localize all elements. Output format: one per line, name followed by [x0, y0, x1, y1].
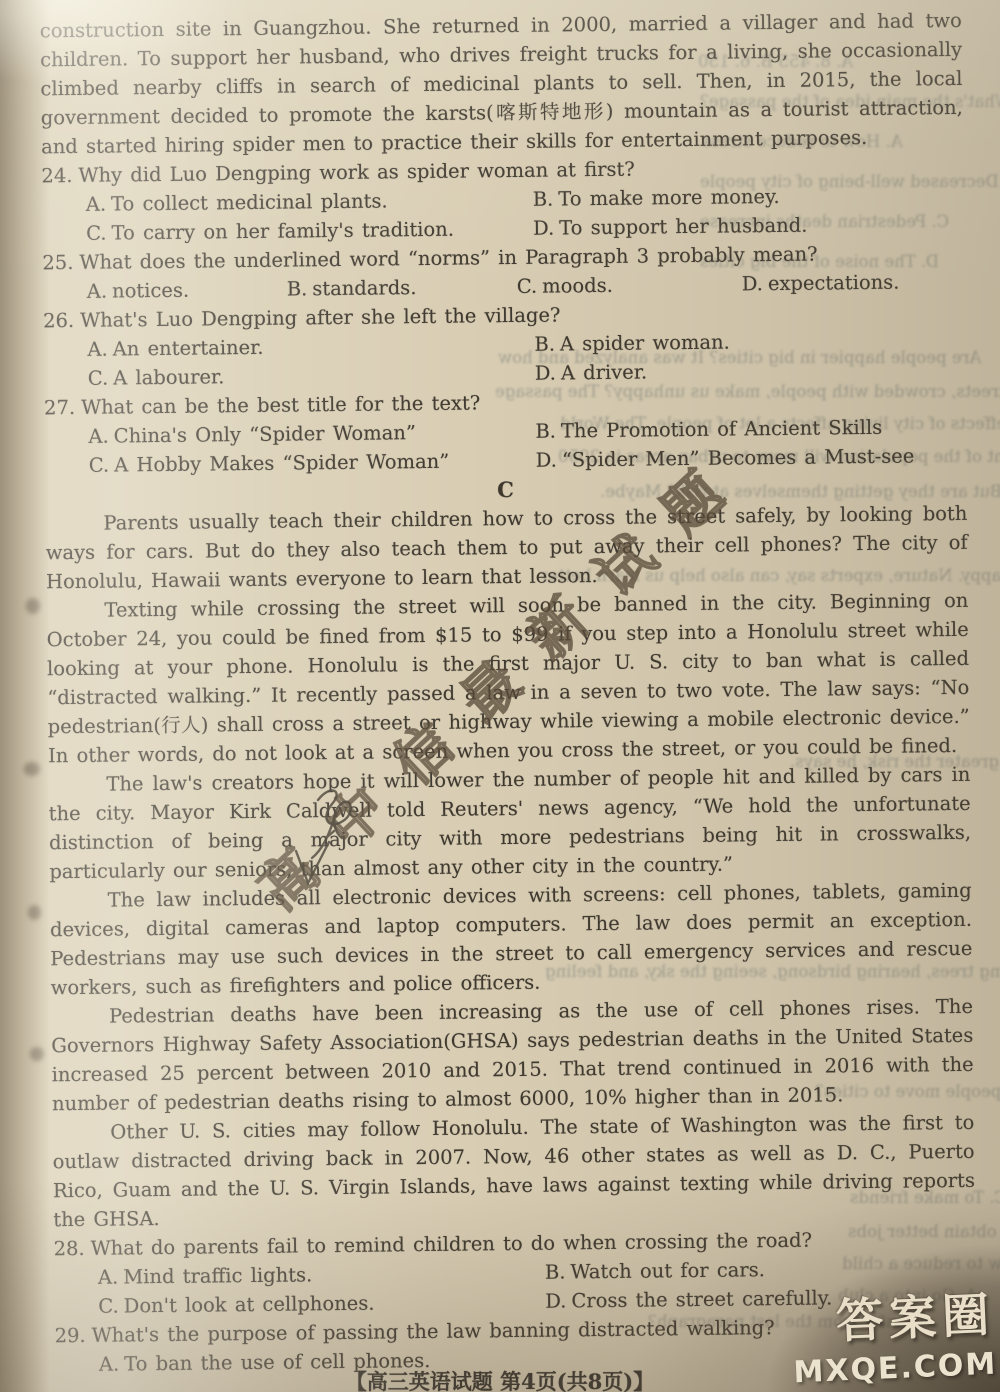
- question-number: 26.: [43, 309, 80, 332]
- question-24: 24.Why did Luo Dengping work as spider w…: [41, 151, 964, 248]
- scan-smudge: [28, 905, 41, 920]
- page-footer: 【高三英语试题 第4页(共8页)】: [0, 1366, 1000, 1392]
- passage-c-paragraph-1: Parents usually teach their children how…: [45, 499, 968, 596]
- question-27: 27.What can be the best title for the te…: [44, 383, 967, 480]
- passage-c-paragraph-4: The law includes all electronic devices …: [50, 876, 973, 1002]
- passage-c-paragraph-3: The law's creators hope it will lower th…: [48, 760, 971, 886]
- passage-c-paragraph-2: Texting while crossing the street will s…: [46, 586, 970, 770]
- question-text: What's Luo Dengping after she left the v…: [80, 303, 561, 331]
- question-26: 26.What's Luo Dengping after she left th…: [43, 296, 966, 393]
- question-number: 27.: [44, 396, 81, 419]
- option-27-d: D.“Spider Men” Becomes a Must-see: [536, 441, 967, 475]
- passage-c-paragraph-6: Other U. S. cities may follow Honolulu. …: [52, 1108, 975, 1234]
- passage-b-tail: construction site in Guangzhou. She retu…: [40, 6, 964, 161]
- option-28-d: D.Cross the street carefully.: [545, 1282, 976, 1316]
- question-number: 29.: [55, 1324, 92, 1347]
- question-28: 28.What do parents fail to remind childr…: [53, 1224, 976, 1321]
- question-text: What can be the best title for the text?: [81, 391, 480, 419]
- scan-smudge: [30, 1047, 44, 1061]
- exam-text-column: construction site in Guangzhou. She retu…: [40, 6, 977, 1379]
- option-25-a: A.notices.: [87, 275, 287, 306]
- question-number: 24.: [41, 164, 78, 187]
- option-25-d: D.expectations.: [742, 267, 965, 299]
- option-24-d: D.To support her husband.: [533, 209, 964, 243]
- option-27-c: C.A Hobby Makes “Spider Woman”: [89, 446, 536, 480]
- passage-c-paragraph-5: Pedestrian deaths have been increasing a…: [51, 992, 974, 1118]
- option-25-c: C.moods.: [517, 269, 742, 301]
- option-26-d: D.A driver.: [535, 354, 966, 388]
- question-number: 28.: [54, 1237, 91, 1260]
- scan-smudge: [26, 598, 40, 614]
- question-number: 25.: [42, 251, 79, 274]
- scan-smudge: [24, 762, 40, 776]
- scanned-exam-page: A. 8. 455 B. 6. 150 31. What's the main …: [0, 0, 1000, 1392]
- question-25: 25.What does the underlined word “norms”…: [42, 238, 965, 306]
- question-text: What's the purpose of passing the law ba…: [92, 1316, 775, 1347]
- question-text: Why did Luo Dengping work as spider woma…: [78, 158, 635, 187]
- option-25-b: B.standards.: [287, 272, 517, 304]
